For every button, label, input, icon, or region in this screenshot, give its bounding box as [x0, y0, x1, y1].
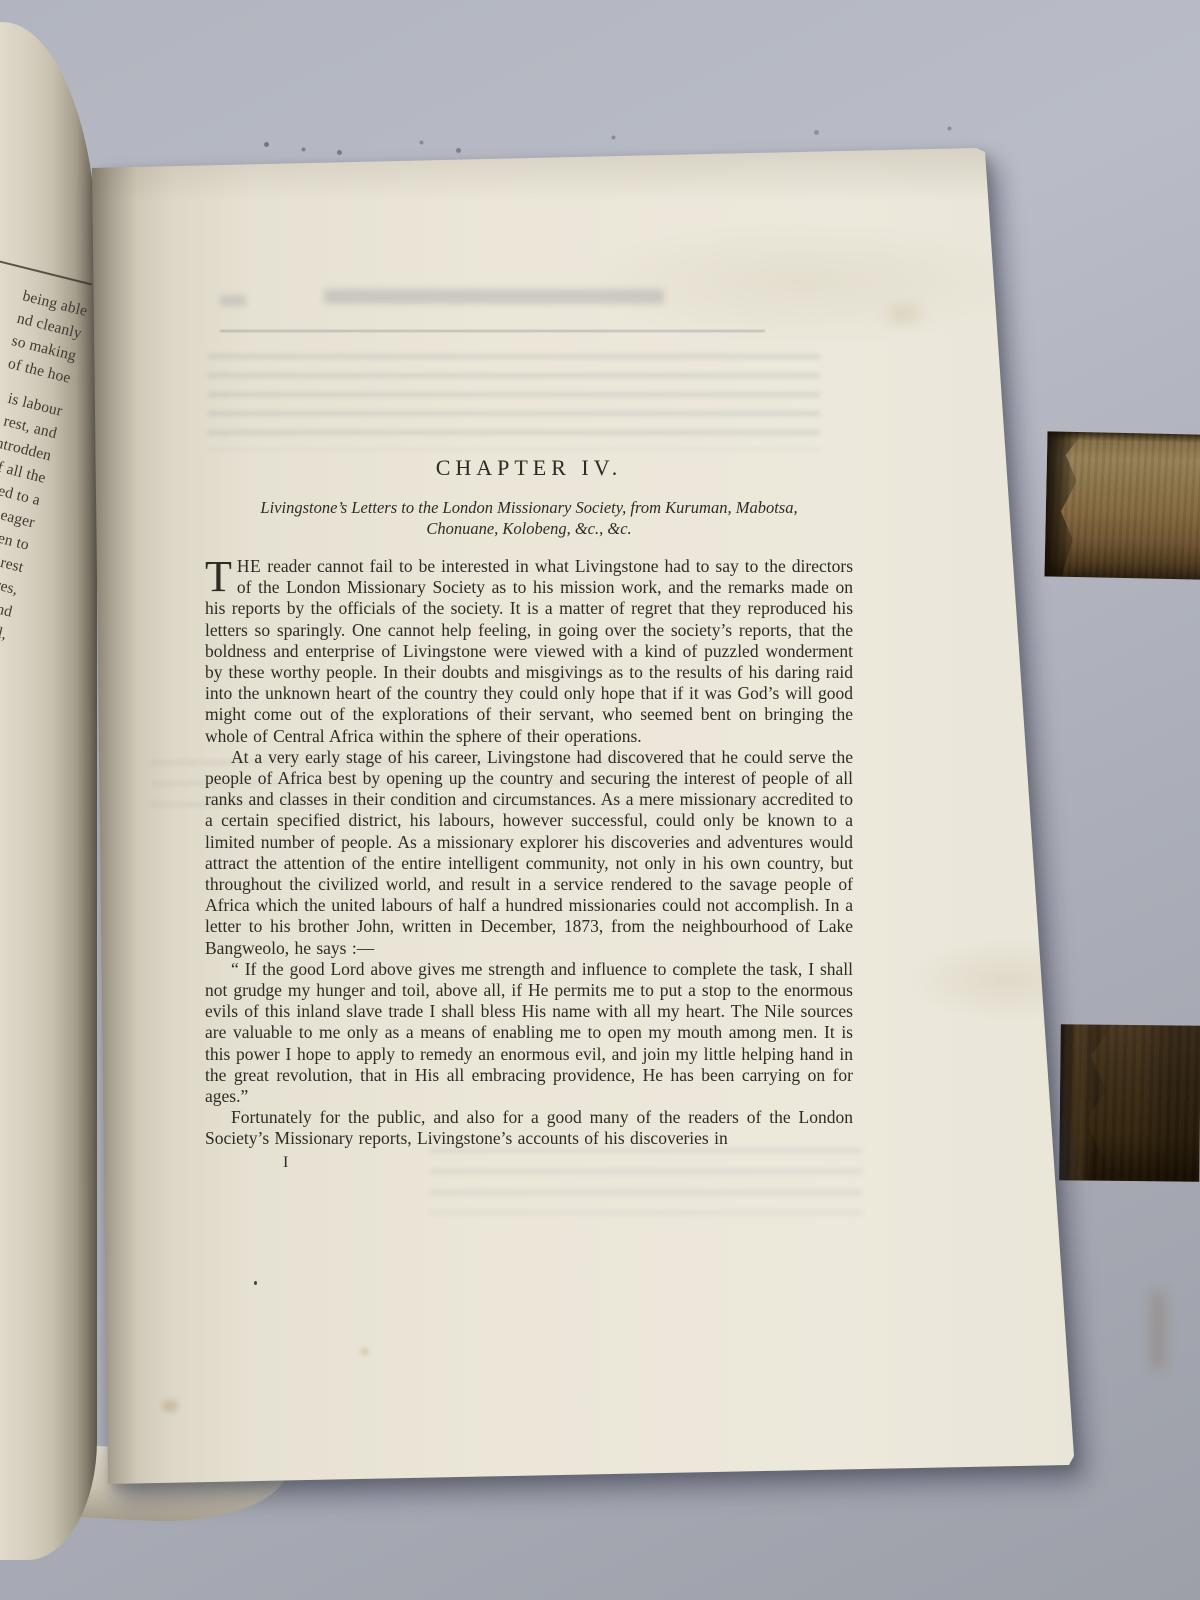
- showthrough-rule: [220, 330, 765, 332]
- chapter-subtitle: Livingstone’s Letters to the London Miss…: [205, 497, 853, 539]
- body-text: THE reader cannot fail to be interested …: [205, 556, 853, 1172]
- subtitle-line-1: Livingstone’s Letters to the London Miss…: [205, 497, 853, 518]
- signature-mark: I: [283, 1154, 853, 1172]
- facing-page-edge: being ablend cleanlyso makingof the hoei…: [0, 22, 97, 1560]
- drop-cap-initial: T: [205, 556, 237, 594]
- showthrough-header: [324, 289, 664, 304]
- lead-capitals: HE: [237, 556, 261, 576]
- showthrough-paragraph: [208, 354, 820, 450]
- facing-page-text-fragments: being ablend cleanlyso makingof the hoei…: [0, 255, 94, 668]
- page-stain: [360, 1348, 369, 1355]
- subtitle-line-2: Chonuane, Kolobeng, &c., &c.: [205, 518, 853, 539]
- paragraph-text: reader cannot fail to be interested in w…: [205, 556, 853, 746]
- page-stain: [887, 304, 921, 324]
- dust-specks: [0, 0, 3, 3]
- body-paragraph-3: “ If the good Lord above gives me streng…: [205, 959, 853, 1107]
- body-paragraph-4: Fortunately for the public, and also for…: [205, 1107, 853, 1149]
- printed-content: CHAPTER IV. Livingstone’s Letters to the…: [205, 454, 853, 1172]
- book-page-shadow-wrap: CHAPTER IV. Livingstone’s Letters to the…: [92, 148, 1084, 1490]
- page-speck: [254, 1281, 257, 1285]
- fragment-lines: being ablend cleanlyso makingof the hoei…: [0, 272, 90, 668]
- body-paragraph-1: THE reader cannot fail to be interested …: [205, 556, 853, 747]
- showthrough-folio: [220, 295, 246, 306]
- chapter-heading: CHAPTER IV.: [205, 454, 853, 481]
- body-paragraph-2: At a very early stage of his career, Liv…: [205, 747, 853, 959]
- backdrop-stain: [1150, 1290, 1166, 1370]
- book-page: CHAPTER IV. Livingstone’s Letters to the…: [92, 148, 1084, 1490]
- page-stain: [162, 1400, 178, 1412]
